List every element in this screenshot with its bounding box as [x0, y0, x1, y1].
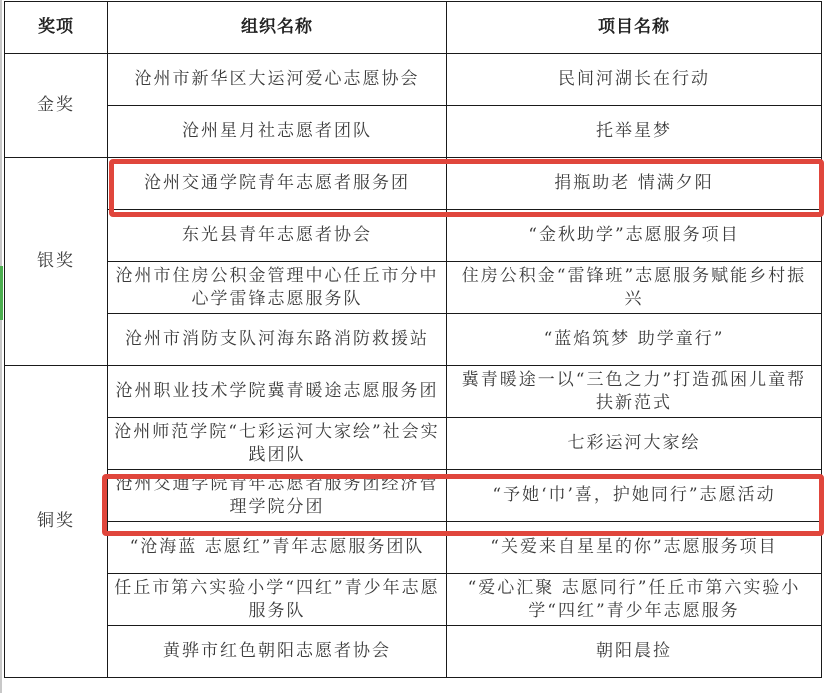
awards-table: 奖项 组织名称 项目名称 金奖 沧州市新华区大运河爱心志愿协会 民间河湖长在行动…: [4, 1, 822, 678]
org-cell: 黄骅市红色朝阳志愿者协会: [108, 626, 447, 678]
project-cell: 住房公积金“雷锋班”志愿服务赋能乡村振兴: [447, 262, 822, 314]
table-row: 沧州市消防支队河海东路消防救援站 “蓝焰筑梦 助学童行”: [5, 314, 822, 366]
table-row: 沧州星月社志愿者团队 托举星梦: [5, 106, 822, 158]
table-row: “沧海蓝 志愿红”青年志愿服务团队 “关爱来自星星的你”志愿服务项目: [5, 522, 822, 574]
project-cell: 七彩运河大家绘: [447, 418, 822, 470]
project-cell: 捐瓶助老 情满夕阳: [447, 158, 822, 210]
org-cell: 东光县青年志愿者协会: [108, 210, 447, 262]
header-project: 项目名称: [447, 2, 822, 54]
table-row: 银奖 沧州交通学院青年志愿者服务团 捐瓶助老 情满夕阳: [5, 158, 822, 210]
award-bronze: 铜奖: [5, 366, 108, 678]
org-cell: 沧州师范学院“七彩运河大家绘”社会实践团队: [108, 418, 447, 470]
org-cell: 沧州交通学院青年志愿者服务团: [108, 158, 447, 210]
header-award: 奖项: [5, 2, 108, 54]
org-cell: 沧州职业技术学院冀青暖途志愿服务团: [108, 366, 447, 418]
project-cell: 托举星梦: [447, 106, 822, 158]
award-gold: 金奖: [5, 54, 108, 158]
org-cell: 沧州市新华区大运河爱心志愿协会: [108, 54, 447, 106]
project-cell: “金秋助学”志愿服务项目: [447, 210, 822, 262]
project-cell: 民间河湖长在行动: [447, 54, 822, 106]
side-marker: [0, 266, 3, 320]
table-row: 黄骅市红色朝阳志愿者协会 朝阳晨捡: [5, 626, 822, 678]
project-cell: “爱心汇聚 志愿同行”任丘市第六实验小学“四红”青少年志愿服务: [447, 574, 822, 626]
table-row: 沧州市住房公积金管理中心任丘市分中心学雷锋志愿服务队 住房公积金“雷锋班”志愿服…: [5, 262, 822, 314]
award-silver: 银奖: [5, 158, 108, 366]
org-cell: 沧州星月社志愿者团队: [108, 106, 447, 158]
project-cell: “予她‘巾’喜，护她同行”志愿活动: [447, 470, 822, 522]
page-left-edge: [0, 0, 2, 693]
org-cell: 沧州市消防支队河海东路消防救援站: [108, 314, 447, 366]
project-cell: “蓝焰筑梦 助学童行”: [447, 314, 822, 366]
project-cell: 朝阳晨捡: [447, 626, 822, 678]
table-row: 任丘市第六实验小学“四红”青少年志愿服务队 “爱心汇聚 志愿同行”任丘市第六实验…: [5, 574, 822, 626]
header-organization: 组织名称: [108, 2, 447, 54]
project-cell: 冀青暖途一以“三色之力”打造孤困儿童帮扶新范式: [447, 366, 822, 418]
org-cell: 任丘市第六实验小学“四红”青少年志愿服务队: [108, 574, 447, 626]
org-cell: 沧州市住房公积金管理中心任丘市分中心学雷锋志愿服务队: [108, 262, 447, 314]
org-cell: 沧州交通学院青年志愿者服务团经济管理学院分团: [108, 470, 447, 522]
table-row: 沧州师范学院“七彩运河大家绘”社会实践团队 七彩运河大家绘: [5, 418, 822, 470]
table-row: 沧州交通学院青年志愿者服务团经济管理学院分团 “予她‘巾’喜，护她同行”志愿活动: [5, 470, 822, 522]
table-row: 金奖 沧州市新华区大运河爱心志愿协会 民间河湖长在行动: [5, 54, 822, 106]
project-cell: “关爱来自星星的你”志愿服务项目: [447, 522, 822, 574]
header-row: 奖项 组织名称 项目名称: [5, 2, 822, 54]
org-cell: “沧海蓝 志愿红”青年志愿服务团队: [108, 522, 447, 574]
table-row: 东光县青年志愿者协会 “金秋助学”志愿服务项目: [5, 210, 822, 262]
table-row: 铜奖 沧州职业技术学院冀青暖途志愿服务团 冀青暖途一以“三色之力”打造孤困儿童帮…: [5, 366, 822, 418]
